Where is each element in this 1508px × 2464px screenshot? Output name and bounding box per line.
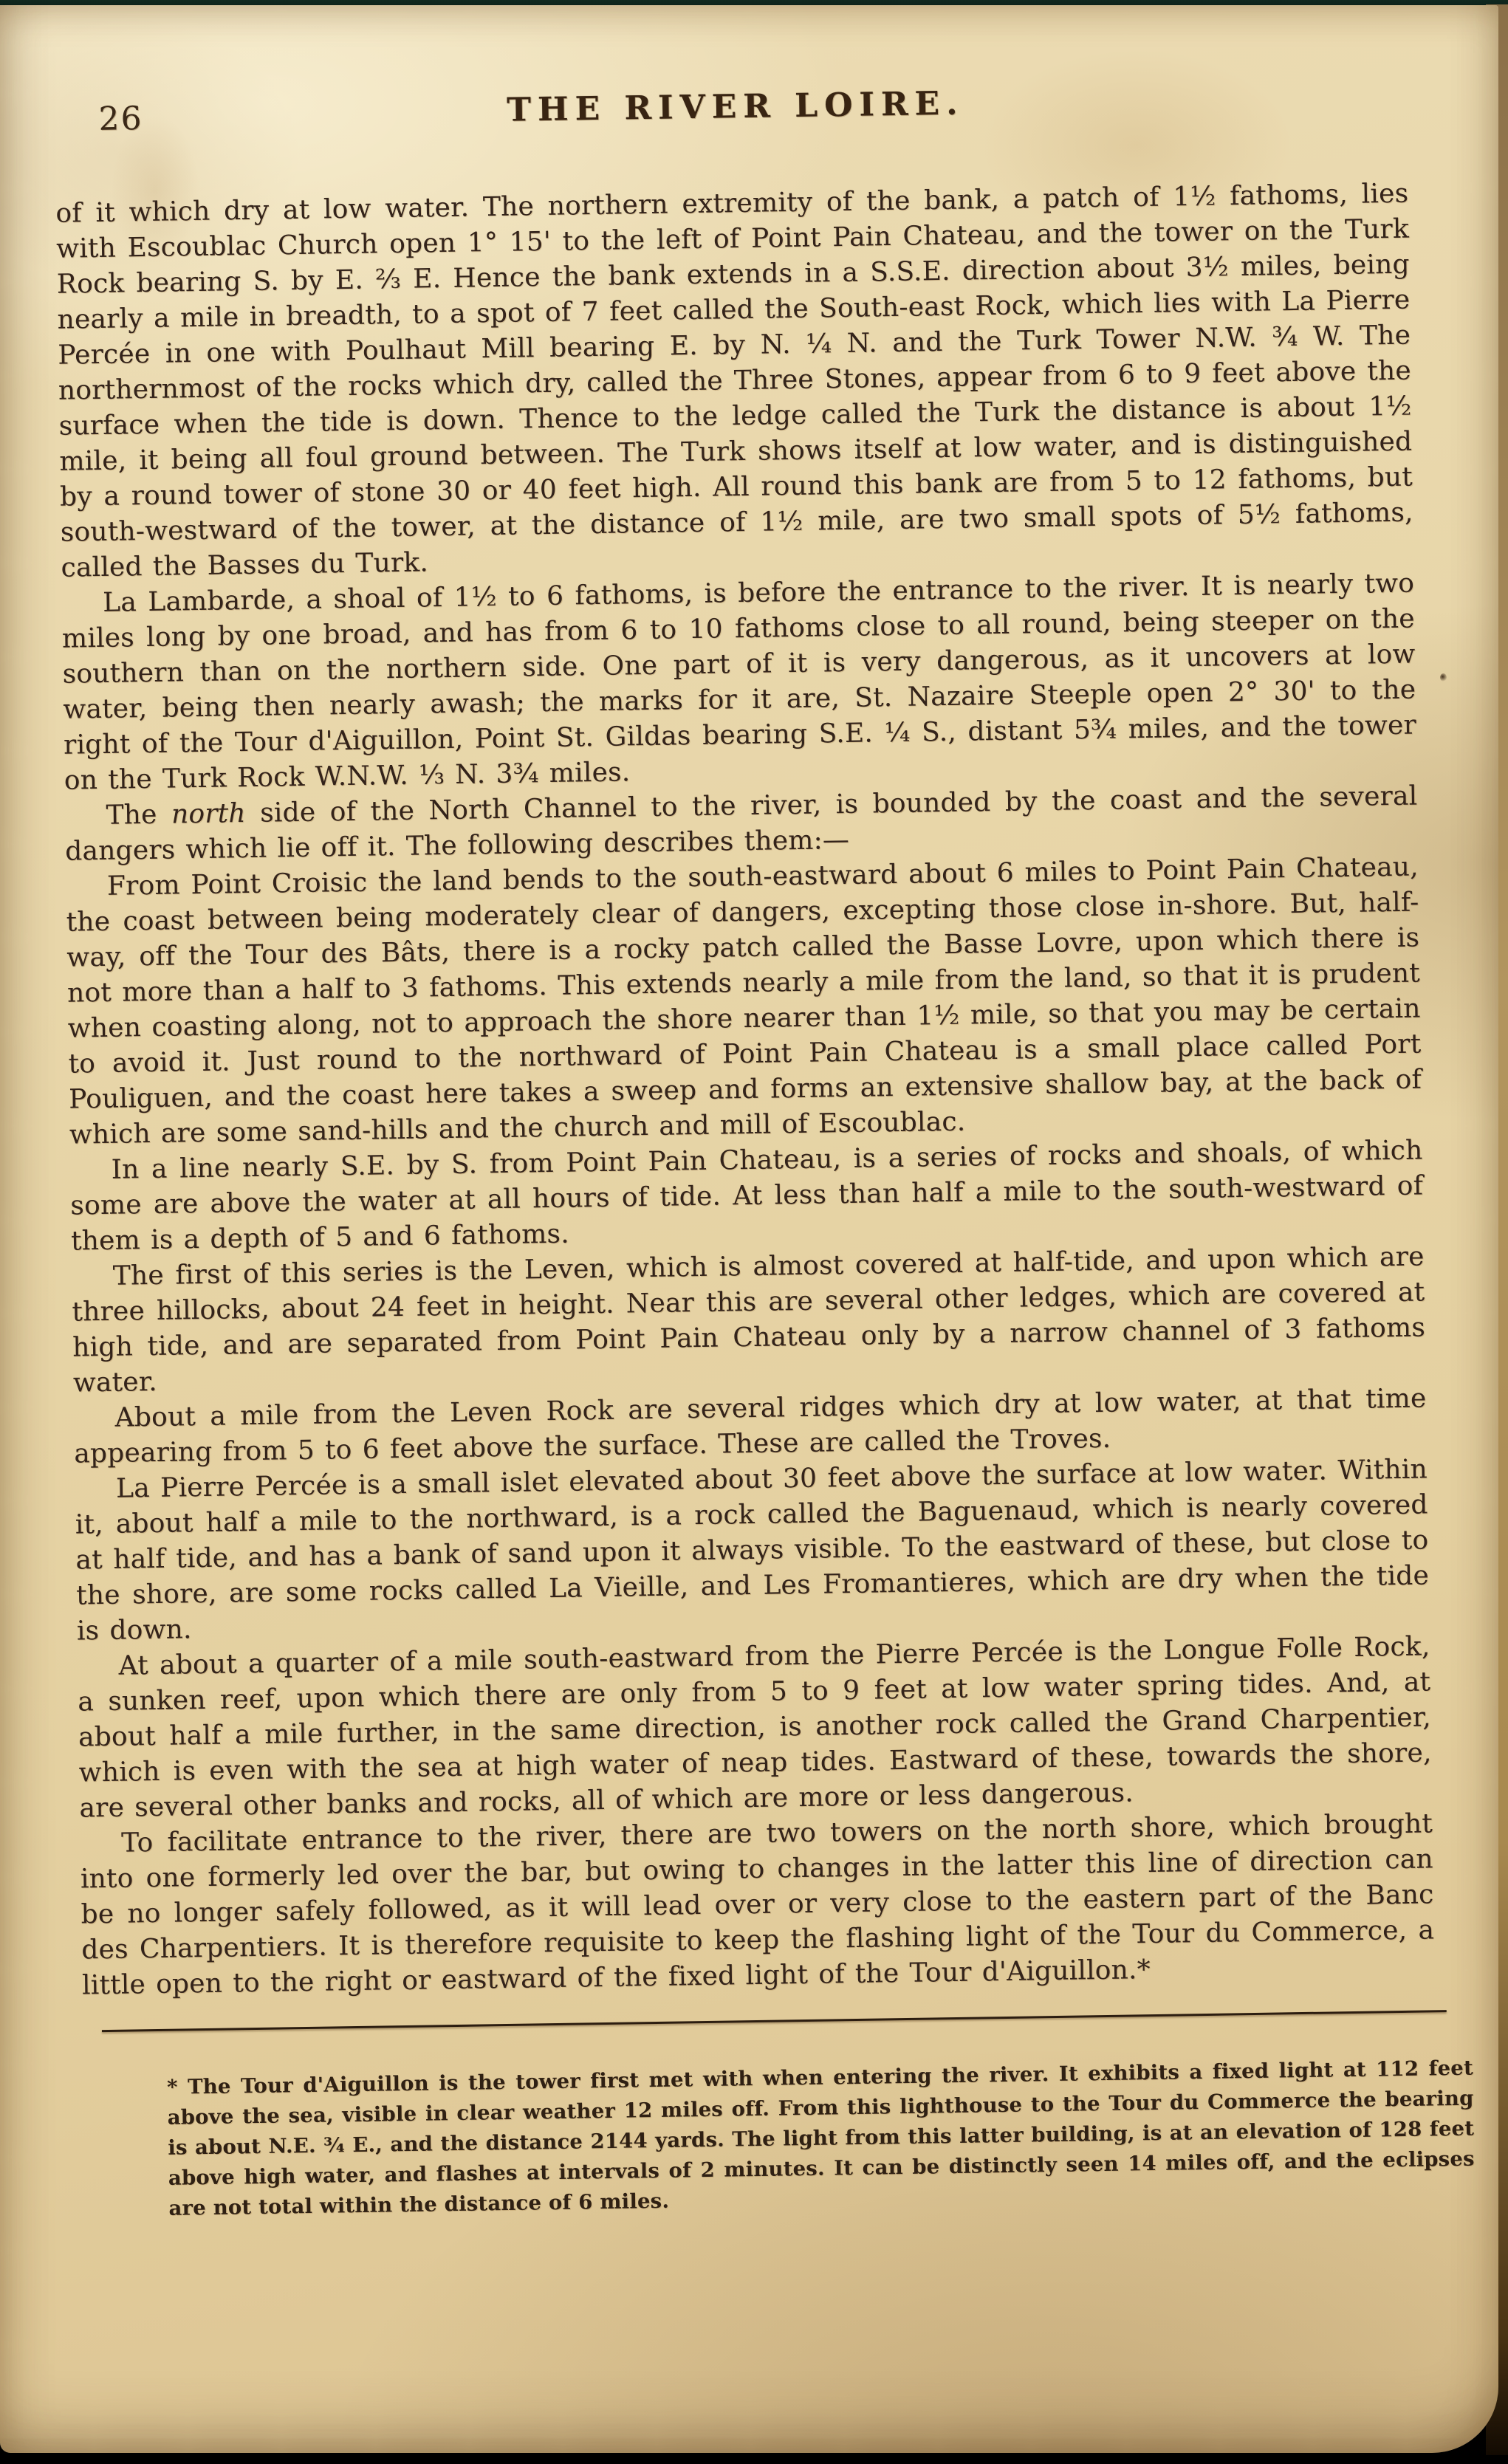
paragraph: To facilitate entrance to the river, the… bbox=[80, 1806, 1435, 2003]
paragraph: of it which dry at low water. The northe… bbox=[55, 176, 1414, 586]
paragraph: From Point Croisic the land bends to the… bbox=[66, 850, 1422, 1153]
footnote-divider bbox=[102, 2010, 1447, 2032]
paragraph: La Pierre Percée is a small islet elevat… bbox=[75, 1452, 1430, 1649]
paragraph: The first of this series is the Leven, w… bbox=[71, 1239, 1426, 1401]
paragraph: At about a quarter of a mile south-eastw… bbox=[77, 1629, 1432, 1826]
footnote-text: * The Tour d'Aiguillon is the tower firs… bbox=[167, 2056, 1475, 2220]
footnote: * The Tour d'Aiguillon is the tower firs… bbox=[167, 2053, 1476, 2224]
body-text: of it which dry at low water. The northe… bbox=[55, 176, 1435, 2004]
paragraph: La Lambarde, a shoal of 1½ to 6 fathoms,… bbox=[61, 566, 1417, 799]
paragraph: In a line nearly S.E. by S. from Point P… bbox=[69, 1133, 1424, 1259]
scanned-page: 26 THE RIVER LOIRE. of it which dry at l… bbox=[0, 5, 1498, 2453]
scan-background: 26 THE RIVER LOIRE. of it which dry at l… bbox=[0, 0, 1508, 2464]
page-title: THE RIVER LOIRE. bbox=[0, 77, 1485, 137]
page-number: 26 bbox=[98, 100, 143, 138]
page-content: 26 THE RIVER LOIRE. of it which dry at l… bbox=[0, 0, 1508, 2464]
